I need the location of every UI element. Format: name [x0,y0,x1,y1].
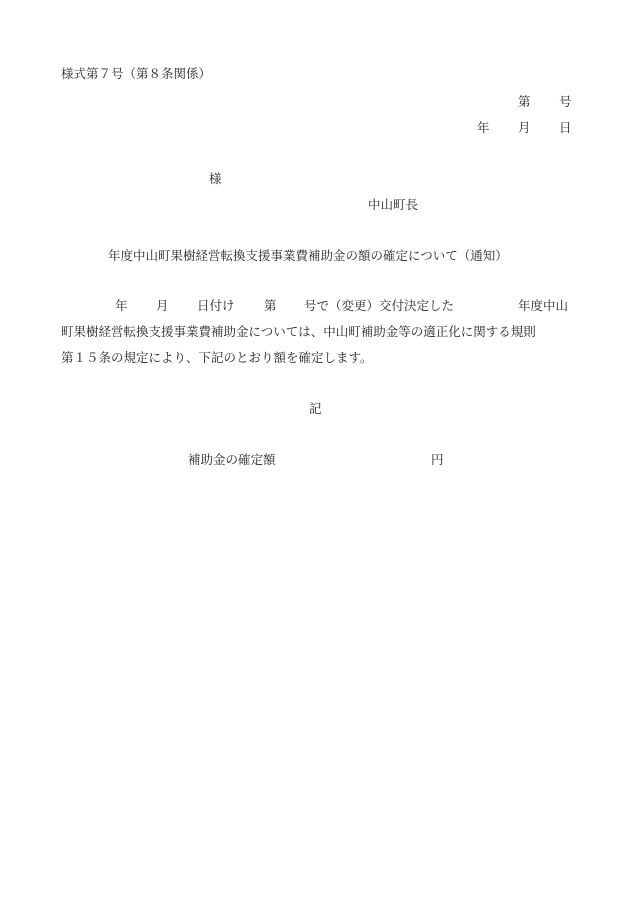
ki-heading: 記 [309,401,322,417]
doc-number-go: 号 [559,94,572,110]
doc-number-dai: 第 [518,94,531,110]
document-title: 年度中山町果樹経営転換支援事業費補助金の額の確定について（通知） [108,248,508,264]
body-month: 月 [156,298,169,314]
form-number: 様式第７号（第８条関係） [61,66,211,82]
amount-unit: 円 [431,452,444,468]
body-year: 年 [115,298,128,314]
date-month: 月 [518,120,531,136]
date-year: 年 [477,120,490,136]
body-dated: 日付け [197,298,235,314]
body-line-3: 第１５条の規定により、下記のとおり額を確定します。 [61,350,373,366]
date-day: 日 [559,120,572,136]
amount-label: 補助金の確定額 [188,452,276,468]
body-go-de: 号で（変更）交付決定した [304,298,454,314]
body-dai: 第 [264,298,277,314]
sender-name: 中山町長 [368,197,418,213]
body-line-2: 町果樹経営転換支援事業費補助金については、中山町補助金等の適正化に関する規則 [61,324,536,340]
recipient-suffix: 様 [209,171,222,187]
body-fiscal-year: 年度中山 [518,298,568,314]
